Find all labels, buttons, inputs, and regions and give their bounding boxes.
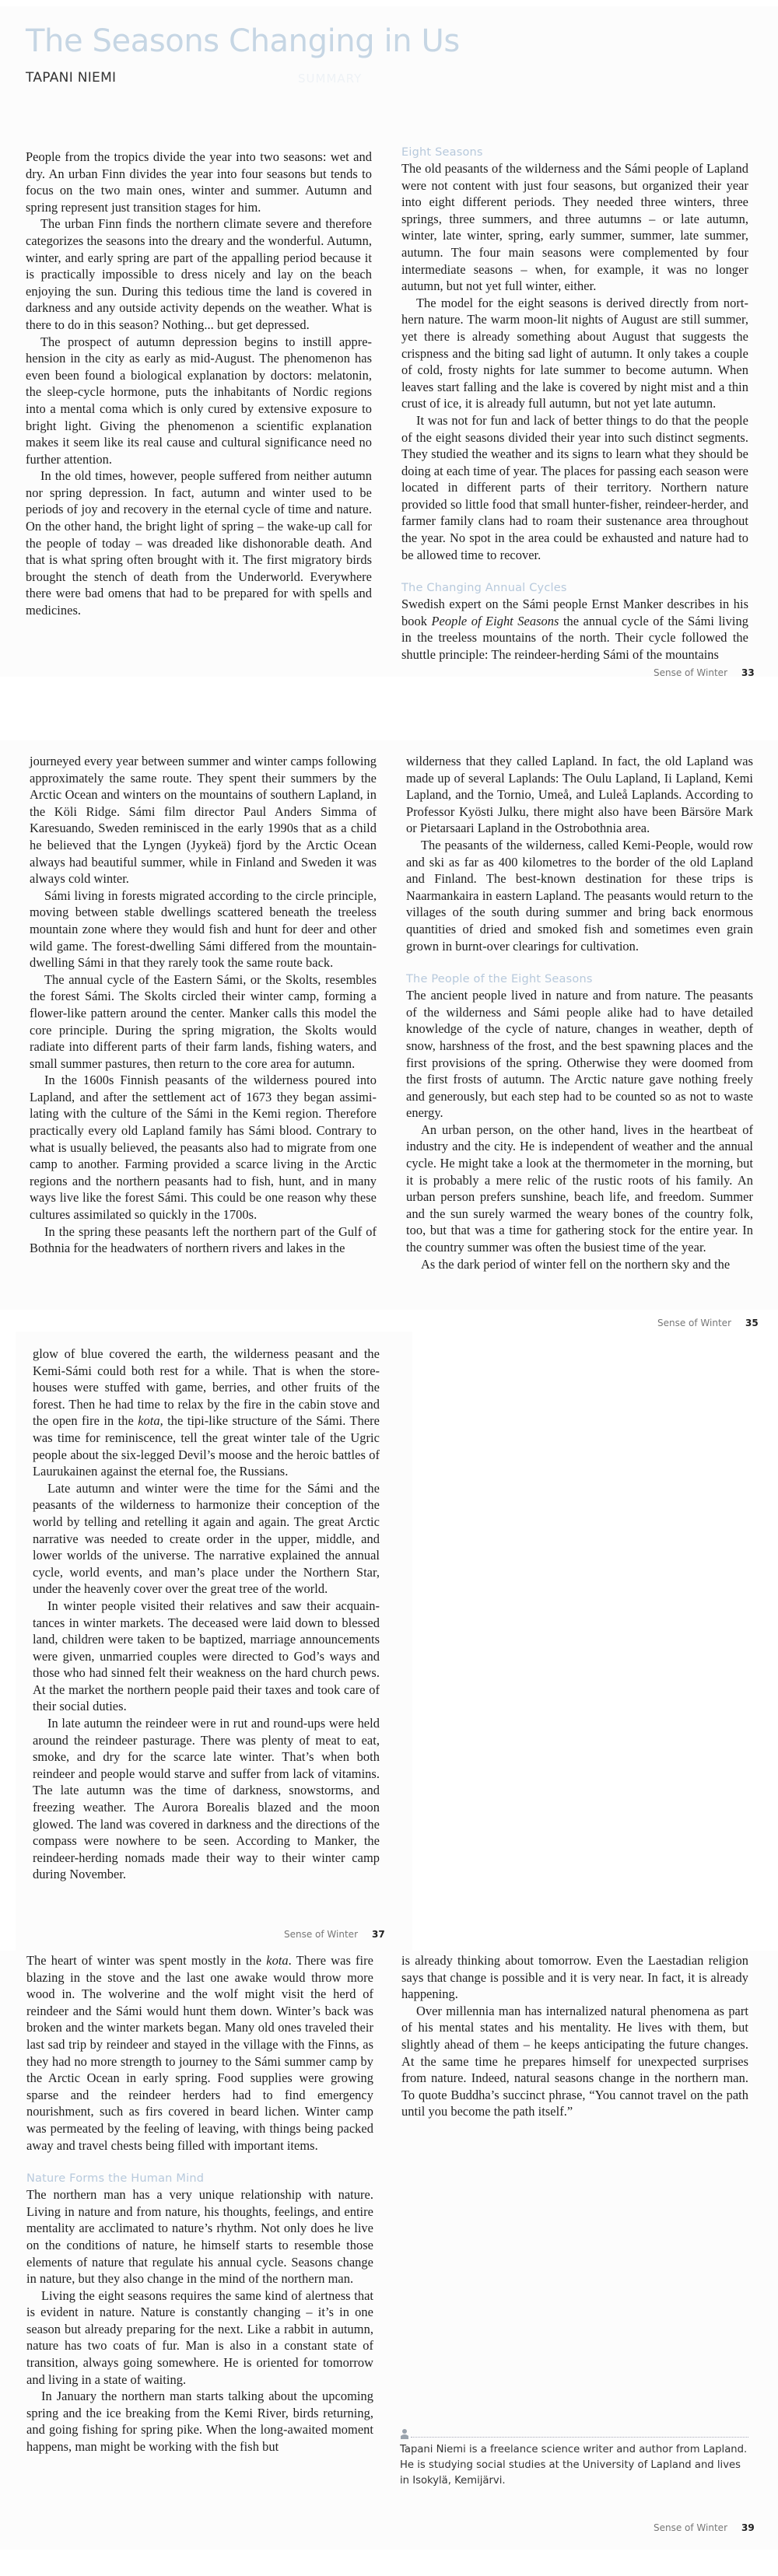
paragraph: wilderness that they called Lapland. In … [406, 753, 753, 837]
running-footer: Sense of Winter [654, 2522, 727, 2533]
paragraph: In January the northern man starts talki… [26, 2388, 373, 2455]
article-author: TAPANI NIEMI [26, 70, 116, 86]
paragraph: As the dark period of winter fell on the… [406, 1256, 753, 1273]
dotted-rule [411, 2437, 748, 2438]
paragraph: Over millennia man has internalized natu… [401, 2003, 748, 2120]
paragraph: Living the eight seasons requires the sa… [26, 2287, 373, 2389]
section-heading: Eight Seasons [401, 145, 748, 160]
bio-divider [400, 2427, 748, 2439]
paragraph: In the spring these peasants left the no… [30, 1223, 377, 1257]
paragraph: The model for the eight seasons is deriv… [401, 295, 748, 412]
running-footer: Sense of Winter [657, 1318, 731, 1328]
section-heading: Nature Forms the Human Mind [26, 2171, 373, 2186]
running-footer: Sense of Winter [654, 667, 727, 678]
page-number: 37 [372, 1929, 385, 1940]
page-footer-37: Sense of Winter 37 [284, 1929, 385, 1940]
page-33: The Seasons Changing in Us TAPANI NIEMI … [0, 6, 778, 677]
page-number: 33 [741, 667, 755, 678]
section-label: SUMMARY [298, 72, 362, 86]
section-heading: The People of the Eight Seasons [406, 971, 753, 987]
paragraph: The northern man has a very unique relat… [26, 2186, 373, 2287]
page-35-right-column: wilderness that they called Lapland. In … [406, 753, 753, 1272]
paragraph: The old peasants of the wilderness and t… [401, 160, 748, 295]
paragraph: Late autumn and winter were the time for… [33, 1480, 380, 1598]
paragraph: It was not for fun and lack of better th… [401, 412, 748, 563]
paragraph: Swedish expert on the Sámi people Ernst … [401, 596, 748, 663]
text-run: . There was fi­re blazing in the stove a… [26, 1953, 373, 2153]
paragraph: is already thinking about tomorrow. Even… [401, 1952, 748, 2003]
person-icon [400, 2428, 409, 2439]
paragraph: The urban Finn finds the northern climat… [26, 215, 372, 333]
page-39-left-column: The heart of winter was spent mostly in … [26, 1952, 373, 2455]
italic-term: kota [138, 1413, 159, 1428]
page-footer-39: Sense of Winter 39 [654, 2522, 755, 2533]
article-title: The Seasons Changing in Us [26, 23, 460, 59]
section-heading: The Changing Annual Cycles [401, 580, 748, 596]
paragraph: glow of blue covered the earth, the wild… [33, 1346, 380, 1480]
page-footer-33: Sense of Winter 33 [654, 667, 755, 678]
paragraph: The annual cycle of the Eastern Sámi, or… [30, 971, 377, 1073]
paragraph: People from the tropics divide the year … [26, 149, 372, 215]
running-footer: Sense of Winter [284, 1929, 358, 1940]
paragraph: In winter people visited their relatives… [33, 1598, 380, 1715]
page-37-left-column: glow of blue covered the earth, the wild… [33, 1346, 380, 1883]
paragraph: The ancient people lived in nature and f… [406, 987, 753, 1122]
paragraph: The heart of winter was spent mostly in … [26, 1952, 373, 2154]
author-bio: Tapani Niemi is a freelance science writ… [400, 2427, 748, 2489]
paragraph: In late autumn the reindeer were in rut … [33, 1715, 380, 1883]
page-number: 35 [745, 1318, 759, 1328]
text-run: The heart of winter was spent mostly in … [26, 1953, 266, 1968]
page-35-left-column: journeyed every year between summer and … [30, 753, 377, 1257]
book-title: People of Eight Seasons [431, 614, 559, 628]
page-number: 39 [741, 2522, 755, 2533]
paragraph: An urban person, on the other hand, live… [406, 1122, 753, 1256]
paragraph: In the 1600s Finnish peasants of the wil… [30, 1072, 377, 1223]
page-39-right-column: is already thinking about tomorrow. Even… [401, 1952, 748, 2120]
italic-term: kota [266, 1953, 288, 1968]
paragraph: journeyed every year between summer and … [30, 753, 377, 887]
bio-text: Tapani Niemi is a freelance science writ… [400, 2442, 748, 2489]
paragraph: In the old times, however, people suffer… [26, 467, 372, 618]
paragraph: The peasants of the wilderness, called K… [406, 837, 753, 954]
paragraph: The prospect of autumn depression begins… [26, 334, 372, 468]
paragraph: Sámi living in forests migrated accordin… [30, 887, 377, 971]
page-footer-35: Sense of Winter 35 [657, 1318, 759, 1328]
page-33-right-column: Eight Seasons The old peasants of the wi… [401, 145, 748, 663]
page-33-left-column: People from the tropics divide the year … [26, 149, 372, 619]
